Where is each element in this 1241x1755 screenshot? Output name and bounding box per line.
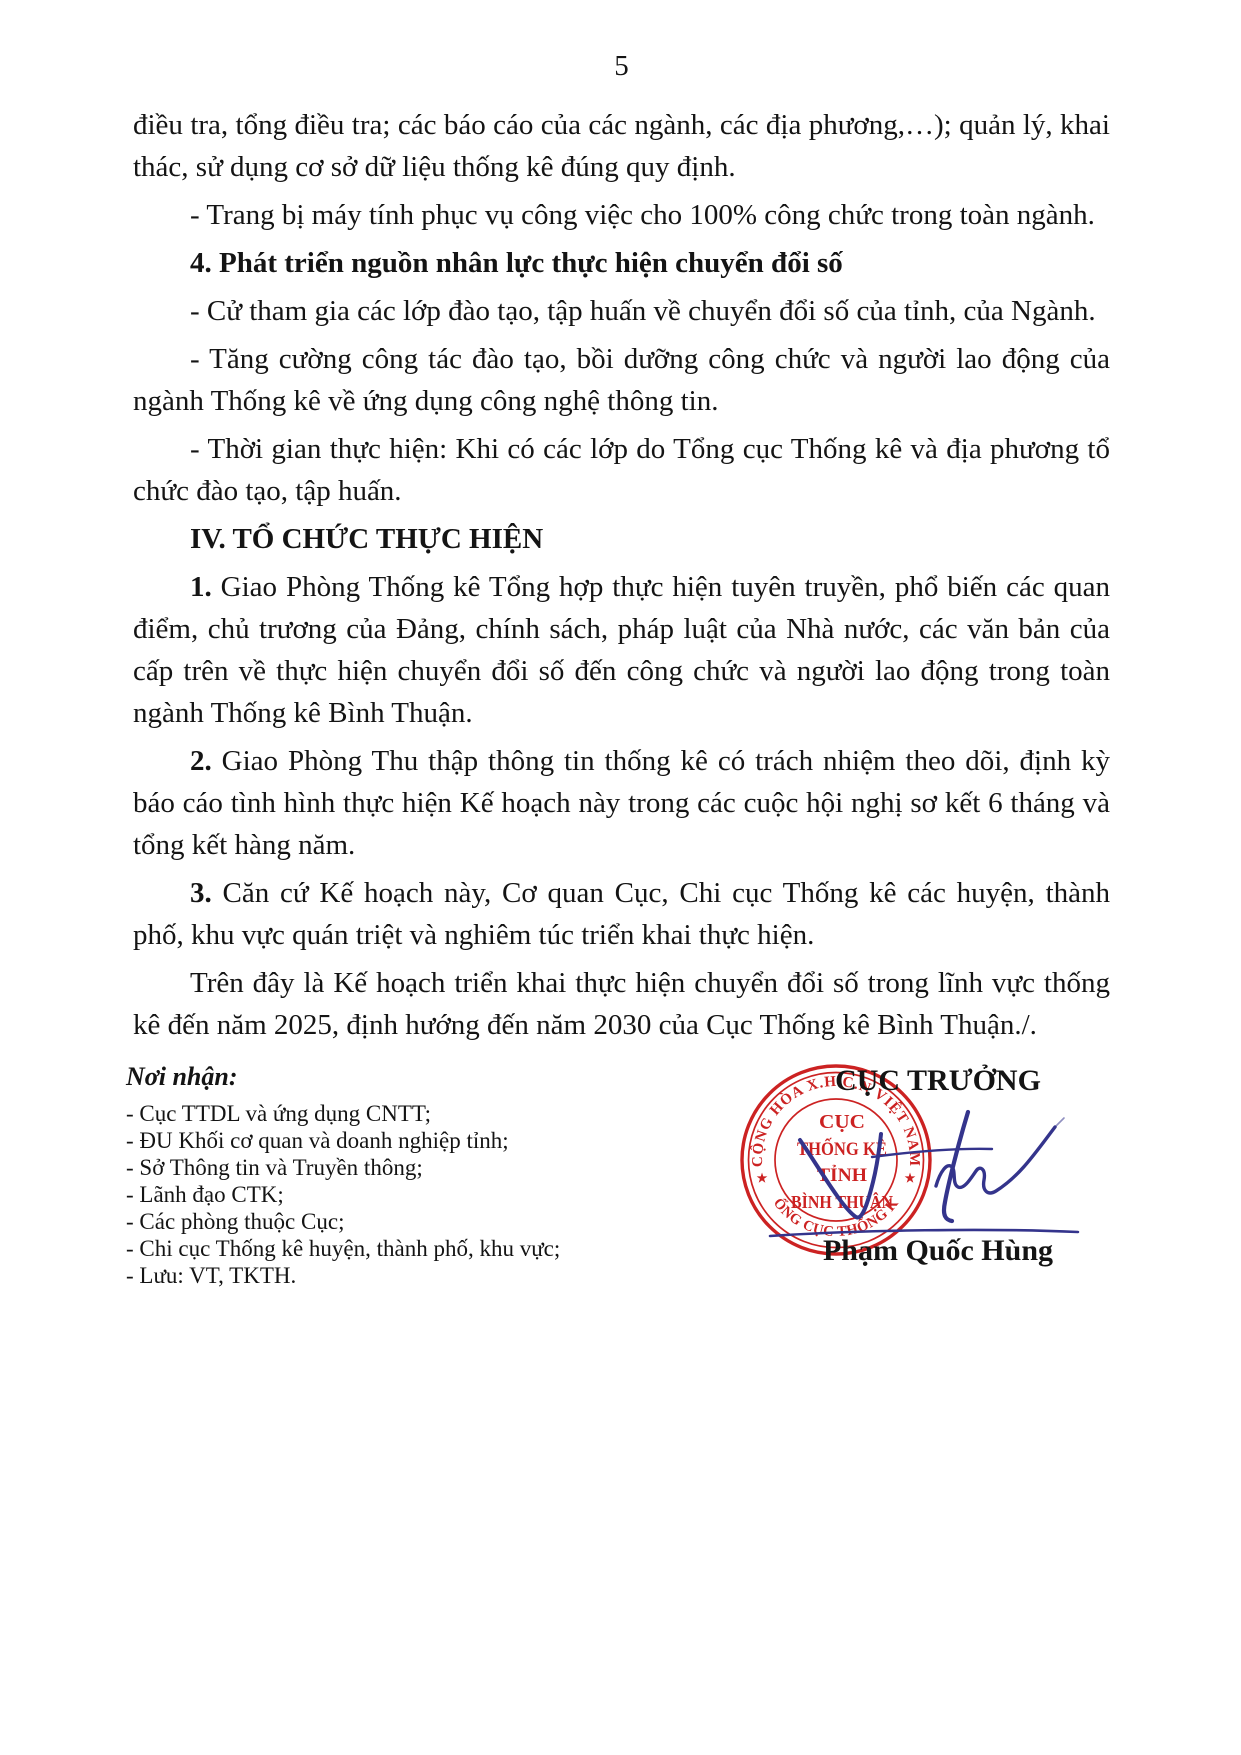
paragraph-text: Giao Phòng Thống kê Tổng hợp thực hiện t… bbox=[133, 571, 1110, 729]
recipient-item: - Lưu: VT, TKTH. bbox=[126, 1262, 646, 1289]
paragraph-numbered: 1. Giao Phòng Thống kê Tổng hợp thực hiệ… bbox=[133, 566, 1110, 734]
paragraph-number: 1. bbox=[190, 571, 212, 603]
recipient-item: - Lãnh đạo CTK; bbox=[126, 1181, 646, 1208]
paragraph-closing: Trên đây là Kế hoạch triển khai thực hiệ… bbox=[133, 962, 1110, 1046]
paragraph-continuation: điều tra, tổng điều tra; các báo cáo của… bbox=[133, 104, 1110, 188]
document-body: điều tra, tổng điều tra; các báo cáo của… bbox=[133, 104, 1110, 1052]
paragraph: - Tăng cường công tác đào tạo, bồi dưỡng… bbox=[133, 338, 1110, 422]
paragraph-text: Giao Phòng Thu thập thông tin thống kê c… bbox=[133, 745, 1110, 861]
paragraph-text: Căn cứ Kế hoạch này, Cơ quan Cục, Chi cụ… bbox=[133, 877, 1110, 951]
paragraph: - Trang bị máy tính phục vụ công việc ch… bbox=[133, 194, 1110, 236]
recipient-item: - Cục TTDL và ứng dụng CNTT; bbox=[126, 1100, 646, 1127]
recipients-block: Nơi nhận: - Cục TTDL và ứng dụng CNTT; -… bbox=[126, 1062, 646, 1289]
paragraph-numbered: 2. Giao Phòng Thu thập thông tin thống k… bbox=[133, 740, 1110, 866]
recipient-item: - Chi cục Thống kê huyện, thành phố, khu… bbox=[126, 1235, 646, 1262]
recipient-item: - Các phòng thuộc Cục; bbox=[126, 1208, 646, 1235]
page-number: 5 bbox=[133, 50, 1110, 83]
document-page: 5 điều tra, tổng điều tra; các báo cáo c… bbox=[0, 0, 1241, 1755]
recipient-item: - Sở Thông tin và Truyền thông; bbox=[126, 1154, 646, 1181]
paragraph: - Cử tham gia các lớp đào tạo, tập huấn … bbox=[133, 290, 1110, 332]
paragraph-number: 2. bbox=[190, 745, 212, 777]
signature-strokes bbox=[770, 1112, 1078, 1236]
recipients-heading: Nơi nhận: bbox=[126, 1062, 646, 1092]
section-heading-IV: IV. TỔ CHỨC THỰC HIỆN bbox=[133, 518, 1110, 560]
paragraph: - Thời gian thực hiện: Khi có các lớp do… bbox=[133, 428, 1110, 512]
section-heading-4: 4. Phát triển nguồn nhân lực thực hiện c… bbox=[133, 242, 1110, 284]
paragraph-numbered: 3. Căn cứ Kế hoạch này, Cơ quan Cục, Chi… bbox=[133, 872, 1110, 956]
recipient-item: - ĐU Khối cơ quan và doanh nghiệp tỉnh; bbox=[126, 1127, 646, 1154]
signature-ink bbox=[740, 1090, 1100, 1250]
paragraph-number: 3. bbox=[190, 877, 212, 909]
